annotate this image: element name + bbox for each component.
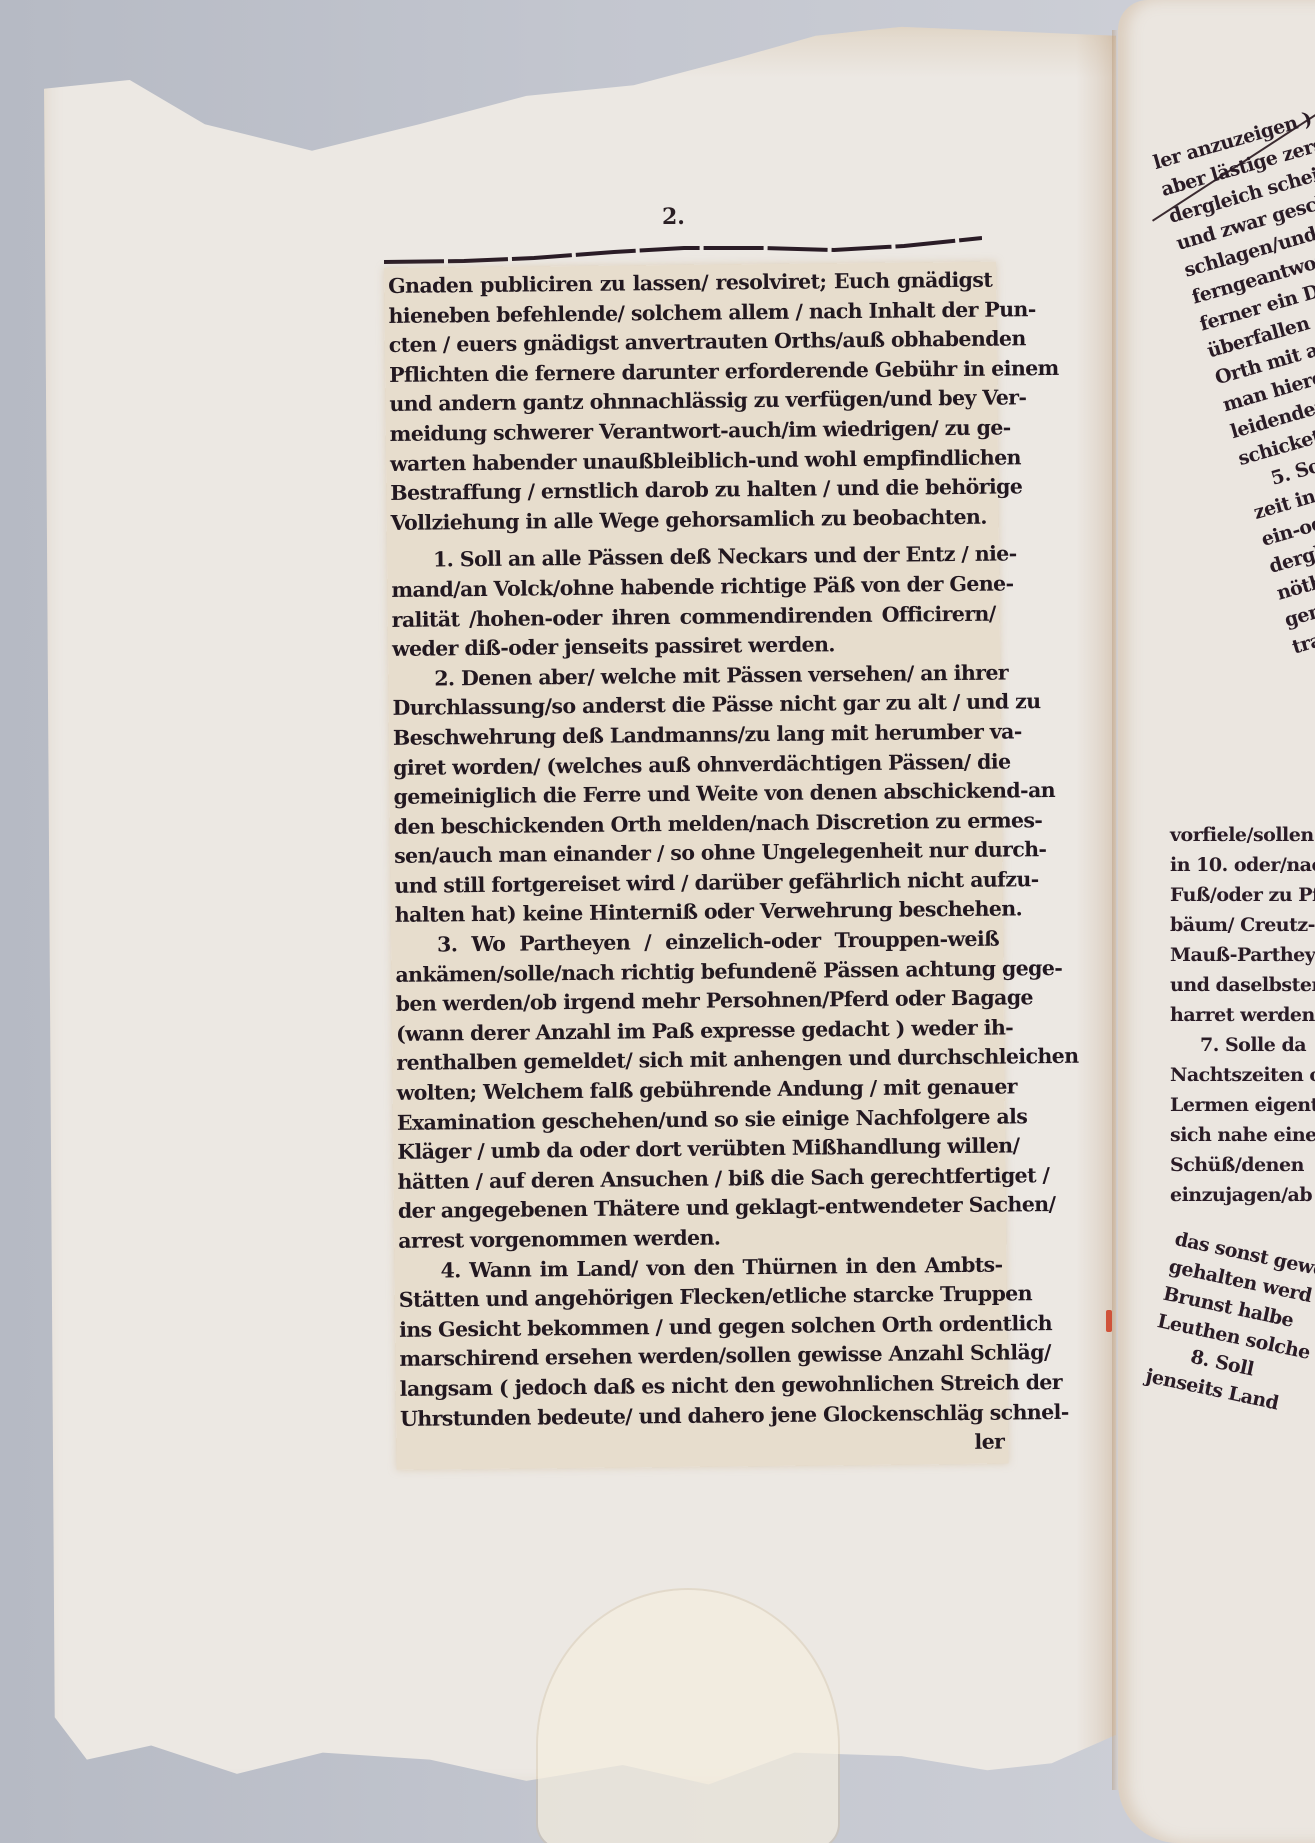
text-line: Mauß-Parthey — [1170, 940, 1315, 970]
book-photo: 2. Gnaden publiciren zu lassen/ resolvir… — [0, 0, 1315, 1843]
text-line: 7. Solle da — [1170, 1030, 1315, 1060]
text-line: Fuß/oder zu Pf — [1170, 880, 1315, 910]
item-4: 4. Wann im Land/ von den Thürnen in den … — [398, 1250, 1004, 1463]
right-page-lower-text: vorfiele/sollen gl in 10. oder/nach Fuß/… — [1170, 820, 1315, 1210]
text-line: Schüß/denen — [1170, 1150, 1315, 1180]
text-line: harret werden. — [1170, 1000, 1315, 1030]
catchword: ler — [400, 1428, 1004, 1464]
text-line: Lermen eigentlic — [1170, 1090, 1315, 1120]
text-line: und daselbsten / — [1170, 970, 1315, 1000]
intro-paragraph: Gnaden publiciren zu lassen/ resolviret;… — [388, 266, 995, 539]
text-line: Nachtszeiten o — [1170, 1060, 1315, 1090]
text-line: bäum/ Creutz- — [1170, 910, 1315, 940]
red-ink-mark — [1106, 1310, 1112, 1332]
page-number: 2. — [662, 204, 685, 230]
text-line: einzujagen/ab — [1170, 1180, 1315, 1210]
item-2: 2. Denen aber/ welche mit Pässen versehe… — [392, 658, 999, 931]
gutter-shadow — [1076, 18, 1116, 1788]
text-line: vorfiele/sollen gl — [1170, 820, 1315, 850]
main-text-block: Gnaden publiciren zu lassen/ resolviret;… — [384, 262, 1009, 1470]
text-line: der angegebenen Thätere und geklagt-entw… — [398, 1191, 1002, 1227]
item-3: 3. Wo Partheyen / einzelich-oder Trouppe… — [395, 925, 1002, 1257]
text-line: sich nahe einer — [1170, 1120, 1315, 1150]
header-rule — [384, 236, 982, 266]
item-1: 1. Soll an alle Pässen deß Neckars und d… — [391, 540, 996, 665]
text-line: in 10. oder/nach — [1170, 850, 1315, 880]
